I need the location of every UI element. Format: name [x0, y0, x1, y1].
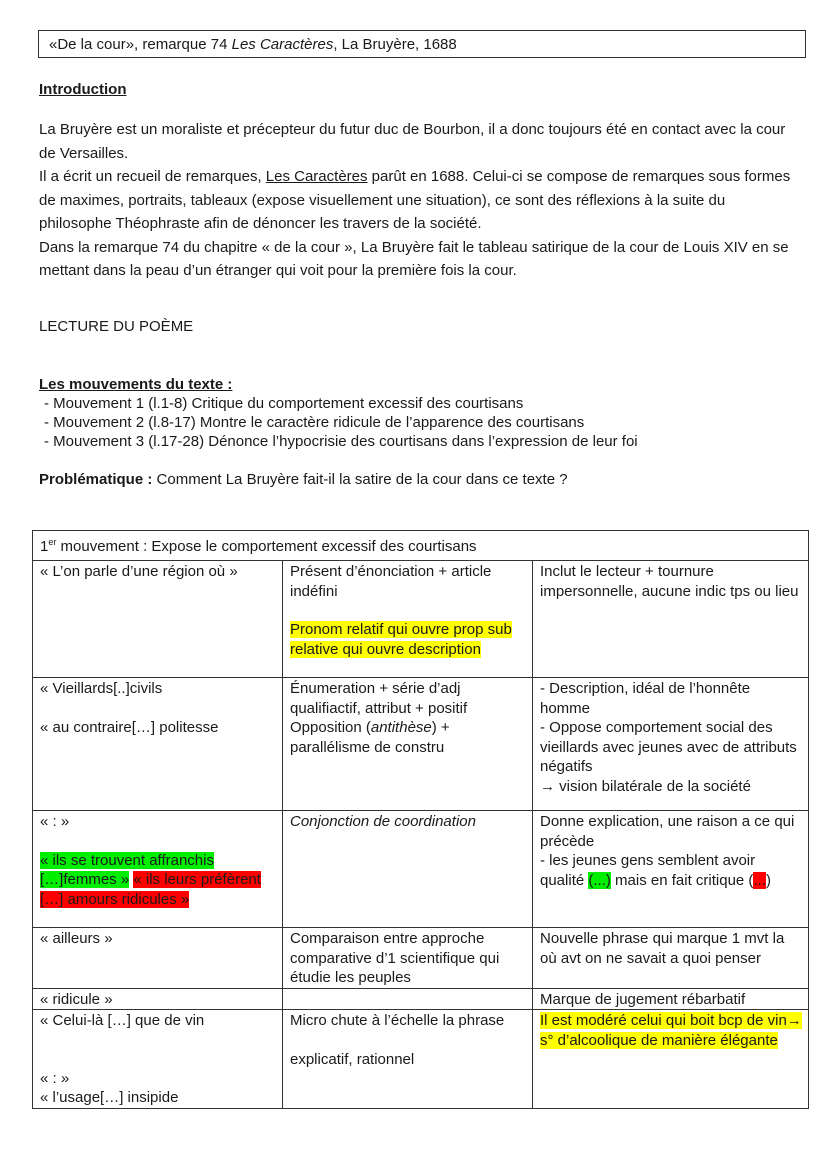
effect-cell: Il est modéré celui qui boit bcp de vin→… — [533, 1010, 809, 1109]
effect-text: - Oppose comportement social des vieilla… — [540, 718, 802, 777]
effect-text: Donne explication, une raison a ce qui p… — [540, 812, 802, 851]
intro-paragraph-3: Dans la remarque 74 du chapitre « de la … — [39, 236, 799, 283]
intro-paragraph-1: La Bruyère est un moraliste et précepteu… — [39, 118, 799, 165]
intro-paragraph-2: Il a écrit un recueil de remarques, Les … — [39, 165, 799, 236]
quote-cell: « L’on parle d’une région où » — [33, 561, 283, 678]
effect-text: - Description, idéal de l’honnête homme — [540, 679, 802, 718]
document-title-box: «De la cour», remarque 74 Les Caractères… — [38, 30, 806, 58]
intro-book-title: Les Caractères — [266, 168, 368, 185]
device-text: Opposition (antithèse) + parallélisme de… — [290, 718, 526, 757]
quote-cell: « Celui-là […] que de vin « : » « l’usag… — [33, 1010, 283, 1109]
intro-p2-prefix: Il a écrit un recueil de remarques, — [39, 168, 266, 185]
quote-text: « l’usage[…] insipide — [40, 1088, 276, 1108]
table-row: « Vieillards[..]civils « au contraire[…]… — [33, 678, 809, 811]
device-cell: Présent d’énonciation + article indéfini… — [283, 561, 533, 678]
effect-suffix: ) — [766, 872, 771, 889]
quote-text: « : » — [40, 1069, 276, 1089]
effect-text: → vision bilatérale de la société — [540, 777, 802, 797]
device-italic: antithèse — [371, 719, 432, 736]
yellow-highlight: Il est modéré celui qui boit bcp de vin→… — [540, 1012, 802, 1049]
lecture-heading: LECTURE DU POÈME — [39, 318, 193, 335]
quote-cell: « : » « ils se trouvent affranchis […]fe… — [33, 811, 283, 928]
table-header-row: 1er mouvement : Expose le comportement e… — [33, 531, 809, 561]
quote-text: « au contraire[…] politesse — [40, 718, 276, 738]
quote-highlighted: « ils se trouvent affranchis […]femmes »… — [40, 851, 276, 910]
red-highlight: ... — [753, 872, 766, 889]
introduction-body: La Bruyère est un moraliste et précepteu… — [39, 118, 799, 283]
movement-item: - Mouvement 2 (l.8-17) Montre le caractè… — [44, 413, 638, 432]
yellow-highlight: Pronom relatif qui ouvre prop sub relati… — [290, 621, 512, 658]
device-text: Énumeration + série d’adj qualifiactif, … — [290, 679, 526, 718]
table-row: « ailleurs » Comparaison entre approche … — [33, 928, 809, 989]
movements-list: - Mouvement 1 (l.1-8) Critique du compor… — [44, 394, 638, 451]
quote-cell: « Vieillards[..]civils « au contraire[…]… — [33, 678, 283, 811]
quote-cell: « ridicule » — [33, 988, 283, 1010]
table-header-cell: 1er mouvement : Expose le comportement e… — [33, 531, 809, 561]
green-highlight: (...) — [588, 872, 611, 889]
device-cell: Micro chute à l’échelle la phrase explic… — [283, 1010, 533, 1109]
problematique-label: Problématique : — [39, 471, 152, 488]
device-text: explicatif, rationnel — [290, 1050, 526, 1070]
device-cell: Énumeration + série d’adj qualifiactif, … — [283, 678, 533, 811]
movement-item: - Mouvement 1 (l.1-8) Critique du compor… — [44, 394, 638, 413]
title-suffix: , La Bruyère, 1688 — [333, 36, 456, 53]
device-cell — [283, 988, 533, 1010]
device-highlighted: Pronom relatif qui ouvre prop sub relati… — [290, 620, 526, 659]
problematique: Problématique : Comment La Bruyère fait-… — [39, 471, 568, 488]
quote-text: « : » — [40, 812, 276, 832]
device-text: Micro chute à l’échelle la phrase — [290, 1011, 526, 1031]
device-text: Conjonction de coordination — [290, 813, 476, 830]
problematique-text: Comment La Bruyère fait-il la satire de … — [152, 471, 567, 488]
movements-heading: Les mouvements du texte : — [39, 376, 232, 393]
effect-mid: mais en fait critique ( — [611, 872, 754, 889]
introduction-heading: Introduction — [39, 81, 126, 98]
effect-cell: Marque de jugement rébarbatif — [533, 988, 809, 1010]
device-text: Présent d’énonciation + article indéfini — [290, 562, 526, 601]
device-cell: Conjonction de coordination — [283, 811, 533, 928]
quote-cell: « ailleurs » — [33, 928, 283, 989]
title-prefix: «De la cour», remarque 74 — [49, 36, 232, 53]
effect-cell: Nouvelle phrase qui marque 1 mvt la où a… — [533, 928, 809, 989]
header-text: mouvement : Expose le comportement exces… — [56, 538, 476, 555]
effect-cell: - Description, idéal de l’honnête homme … — [533, 678, 809, 811]
quote-text: « Celui-là […] que de vin — [40, 1011, 276, 1031]
table-row: « ridicule » Marque de jugement rébarbat… — [33, 988, 809, 1010]
effect-cell: Donne explication, une raison a ce qui p… — [533, 811, 809, 928]
quote-text: « Vieillards[..]civils — [40, 679, 276, 699]
table-row: « Celui-là […] que de vin « : » « l’usag… — [33, 1010, 809, 1109]
device-prefix: Opposition ( — [290, 719, 371, 736]
analysis-table: 1er mouvement : Expose le comportement e… — [32, 530, 809, 1109]
table-row: « : » « ils se trouvent affranchis […]fe… — [33, 811, 809, 928]
title-work: Les Caractères — [232, 36, 334, 53]
effect-cell: Inclut le lecteur + tournure impersonnel… — [533, 561, 809, 678]
table-row: « L’on parle d’une région où » Présent d… — [33, 561, 809, 678]
movement-item: - Mouvement 3 (l.17-28) Dénonce l’hypocr… — [44, 432, 638, 451]
effect-text: - les jeunes gens semblent avoir qualité… — [540, 851, 802, 890]
device-cell: Comparaison entre approche comparative d… — [283, 928, 533, 989]
